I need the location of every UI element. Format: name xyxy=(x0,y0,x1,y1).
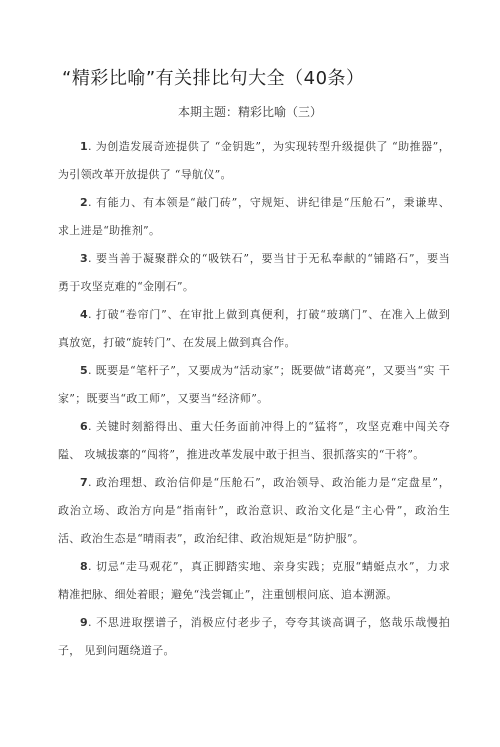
item-text: . 不思进取摆谱子，消极应付老步子，夸夸其谈高调子，悠哉乐哉慢拍子， 见到问题绕… xyxy=(58,616,450,657)
item-number: 6 xyxy=(80,420,88,433)
list-item: 4. 打破“卷帘门”、在审批上做到真便利，打破“玻璃门”、在准入上做到 真放宽，… xyxy=(58,301,450,357)
item-number: 4 xyxy=(80,308,88,321)
document-body: 1. 为创造发展奇迹提供了 “金钥匙”，为实现转型升级提供了 “助推器”， 为引… xyxy=(58,133,450,665)
item-text: . 要当善于凝聚群众的“吸铁石”，要当甘于无私奉献的“铺路石”，要当 勇于攻坚克… xyxy=(58,252,450,293)
item-text: . 为创造发展奇迹提供了 “金钥匙”，为实现转型升级提供了 “助推器”， 为引领… xyxy=(58,140,450,181)
item-text: . 既要是“笔杆子”，又要成为“活动家”；既要做“诸葛亮”，又要当“实 干家”；… xyxy=(58,364,450,405)
item-text: . 打破“卷帘门”、在审批上做到真便利，打破“玻璃门”、在准入上做到 真放宽，打… xyxy=(58,308,450,349)
list-item: 8. 切忌“走马观花”，真正脚踏实地、亲身实践；克服“蜻蜓点水”，力求 精准把脉… xyxy=(58,553,450,609)
list-item: 9. 不思进取摆谱子，消极应付老步子，夸夸其谈高调子，悠哉乐哉慢拍子， 见到问题… xyxy=(58,609,450,665)
item-text: . 政治理想、政治信仰是“压舱石”，政治领导、政治能力是“定盘星”， 政治立场、… xyxy=(58,476,450,545)
item-text: . 切忌“走马观花”，真正脚踏实地、亲身实践；克服“蜻蜓点水”，力求 精准把脉、… xyxy=(58,560,450,601)
document-subtitle: 本期主题：精彩比喻（三） xyxy=(0,103,500,120)
item-number: 9 xyxy=(80,616,88,629)
item-number: 7 xyxy=(80,476,88,489)
item-number: 5 xyxy=(80,364,88,377)
list-item: 2. 有能力、有本领是“敲门砖”，守规矩、讲纪律是“压舱石”，秉谦卑、 求上进是… xyxy=(58,189,450,245)
list-item: 3. 要当善于凝聚群众的“吸铁石”，要当甘于无私奉献的“铺路石”，要当 勇于攻坚… xyxy=(58,245,450,301)
item-number: 2 xyxy=(80,196,88,209)
item-number: 1 xyxy=(80,140,88,153)
item-text: . 关键时刻豁得出、重大任务面前冲得上的“猛将”，攻坚克难中闯关夺隘、 攻城拔寨… xyxy=(58,420,450,461)
item-number: 8 xyxy=(80,560,88,573)
list-item: 1. 为创造发展奇迹提供了 “金钥匙”，为实现转型升级提供了 “助推器”， 为引… xyxy=(58,133,450,189)
item-text: . 有能力、有本领是“敲门砖”，守规矩、讲纪律是“压舱石”，秉谦卑、 求上进是“… xyxy=(58,196,450,237)
document-page: “精彩比喻”有关排比句大全（40条） 本期主题：精彩比喻（三） 1. 为创造发展… xyxy=(0,0,500,747)
document-title: “精彩比喻”有关排比句大全（40条） xyxy=(62,64,365,90)
item-number: 3 xyxy=(80,252,88,265)
list-item: 5. 既要是“笔杆子”，又要成为“活动家”；既要做“诸葛亮”，又要当“实 干家”… xyxy=(58,357,450,413)
list-item: 6. 关键时刻豁得出、重大任务面前冲得上的“猛将”，攻坚克难中闯关夺隘、 攻城拔… xyxy=(58,413,450,469)
list-item: 7. 政治理想、政治信仰是“压舱石”，政治领导、政治能力是“定盘星”， 政治立场… xyxy=(58,469,450,553)
